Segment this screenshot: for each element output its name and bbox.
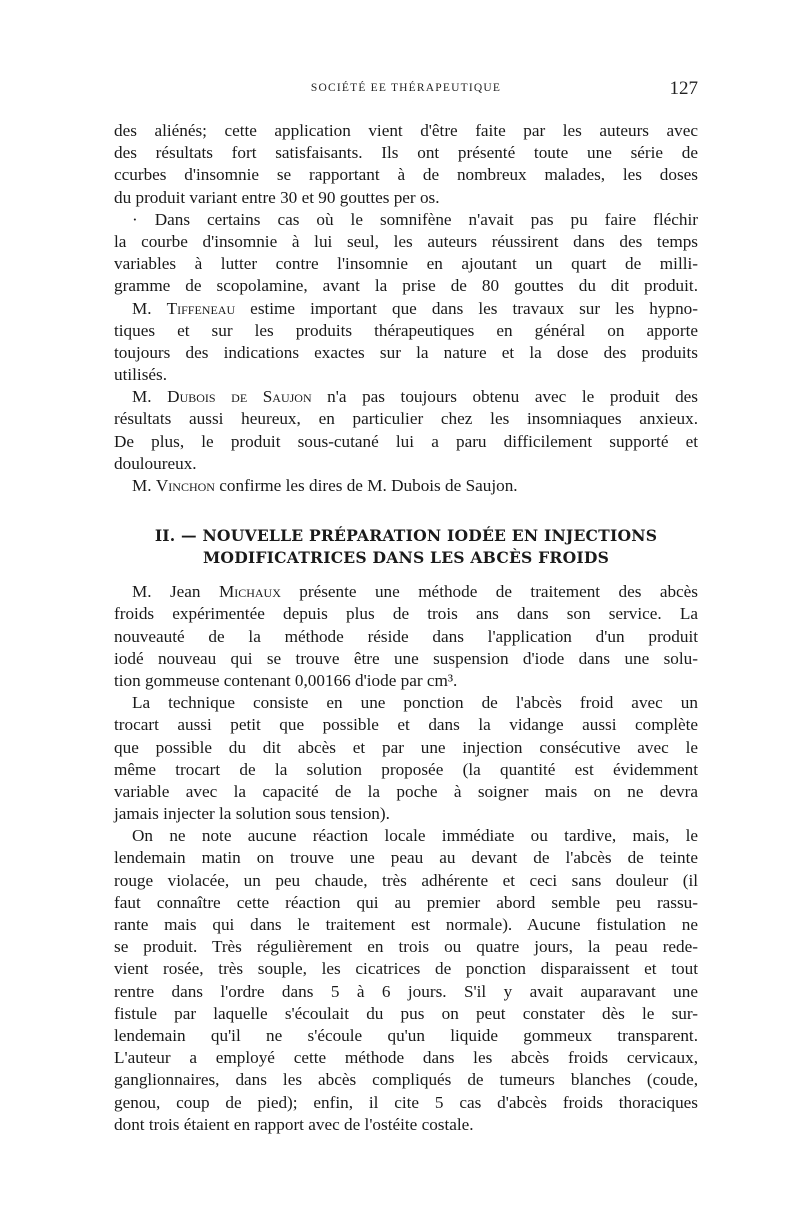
document-page: SOCIÉTÉ EE THÉRAPEUTIQUE 127 des aliénés… [114,78,698,1136]
text-line: iodé nouveau qui se trouve être une susp… [114,648,698,670]
text-line: faut connaître cette réaction qui au pre… [114,892,698,914]
running-title: SOCIÉTÉ EE THÉRAPEUTIQUE [114,82,698,94]
text-line: vient rosée, très souple, les cicatrices… [114,958,698,980]
text-line: des résultats fort satisfaisants. Ils on… [114,142,698,164]
text-line: dont trois étaient en rapport avec de l'… [114,1114,698,1136]
text-line: trocart aussi petit que possible et dans… [114,714,698,736]
author-name: Tiffeneau [167,299,236,318]
paragraph-vinchon: M. Vinchon confirme les dires de M. Dubo… [114,475,698,497]
author-name: Vinchon [156,476,215,495]
text-line: rouge violacée, un peu chaude, très adhé… [114,870,698,892]
paragraph-dubois: M. Dubois de Saujon n'a pas toujours obt… [114,386,698,475]
text-line: lendemain matin on trouve une peau au de… [114,847,698,869]
text-line: variables à lutter contre l'insomnie en … [114,253,698,275]
text-line: toujours des indications exactes sur la … [114,342,698,364]
text-line: On ne note aucune réaction locale immédi… [114,825,698,847]
text-line: tiques et sur les produits thérapeutique… [114,320,698,342]
body-text: des aliénés; cette application vient d'ê… [114,120,698,1136]
page-number: 127 [670,78,699,100]
text-line: nouveauté de la méthode réside dans l'ap… [114,626,698,648]
text-line: même trocart de la solution proposée (la… [114,759,698,781]
paragraph-reaction: On ne note aucune réaction locale immédi… [114,825,698,1136]
text-line: rante mais qui dans le traitement est no… [114,914,698,936]
text-line: fistule par laquelle s'écoulait du pus o… [114,1003,698,1025]
text-line: ganglionnaires, dans les abcès compliqué… [114,1069,698,1091]
text-line: De plus, le produit sous-cutané lui a pa… [114,431,698,453]
running-header: SOCIÉTÉ EE THÉRAPEUTIQUE 127 [114,78,698,102]
paragraph-tiffeneau: M. Tiffeneau estime important que dans l… [114,298,698,387]
text-line: ccurbes d'insomnie se rapportant à de no… [114,164,698,186]
paragraph-technique: La technique consiste en une ponction de… [114,692,698,825]
text-line: douloureux. [114,453,698,475]
text-line: des aliénés; cette application vient d'ê… [114,120,698,142]
text-line: se produit. Très régulièrement en trois … [114,936,698,958]
text-line: M. Dubois de Saujon n'a pas toujours obt… [114,386,698,408]
text-line: M. Vinchon confirme les dires de M. Dubo… [114,475,698,497]
text-line: la courbe d'insomnie à lui seul, les aut… [114,231,698,253]
text-line: · Dans certains cas où le somnifène n'av… [114,209,698,231]
text-line: M. Jean Michaux présente une méthode de … [114,581,698,603]
text-line: lendemain qu'il ne s'écoule qu'un liquid… [114,1025,698,1047]
text-line: La technique consiste en une ponction de… [114,692,698,714]
paragraph: · Dans certains cas où le somnifène n'av… [114,209,698,298]
text-line: rentre dans l'ordre dans 5 à 6 jours. S'… [114,981,698,1003]
text-line: du produit variant entre 30 et 90 goutte… [114,187,698,209]
text-line: genou, coup de pied); enfin, il cite 5 c… [114,1092,698,1114]
text-line: gramme de scopolamine, avant la prise de… [114,275,698,297]
text-line: M. Tiffeneau estime important que dans l… [114,298,698,320]
text-line: jamais injecter la solution sous tension… [114,803,698,825]
heading-line: II. — NOUVELLE PRÉPARATION IODÉE EN INJE… [114,525,698,547]
text-line: variable avec la capacité de la poche à … [114,781,698,803]
paragraph-michaux: M. Jean Michaux présente une méthode de … [114,581,698,692]
heading-line: MODIFICATRICES DANS LES ABCÈS FROIDS [114,547,698,569]
text-line: L'auteur a employé cette méthode dans le… [114,1047,698,1069]
section-heading: II. — NOUVELLE PRÉPARATION IODÉE EN INJE… [114,525,698,569]
author-name: Michaux [219,582,281,601]
author-name: Dubois de Saujon [167,387,311,406]
text-line: que possible du dit abcès et par une inj… [114,737,698,759]
text-line: tion gommeuse contenant 0,00166 d'iode p… [114,670,698,692]
text-line: froids expérimentée depuis plus de trois… [114,603,698,625]
text-line: résultats aussi heureux, en particulier … [114,408,698,430]
paragraph: des aliénés; cette application vient d'ê… [114,120,698,209]
text-line: utilisés. [114,364,698,386]
